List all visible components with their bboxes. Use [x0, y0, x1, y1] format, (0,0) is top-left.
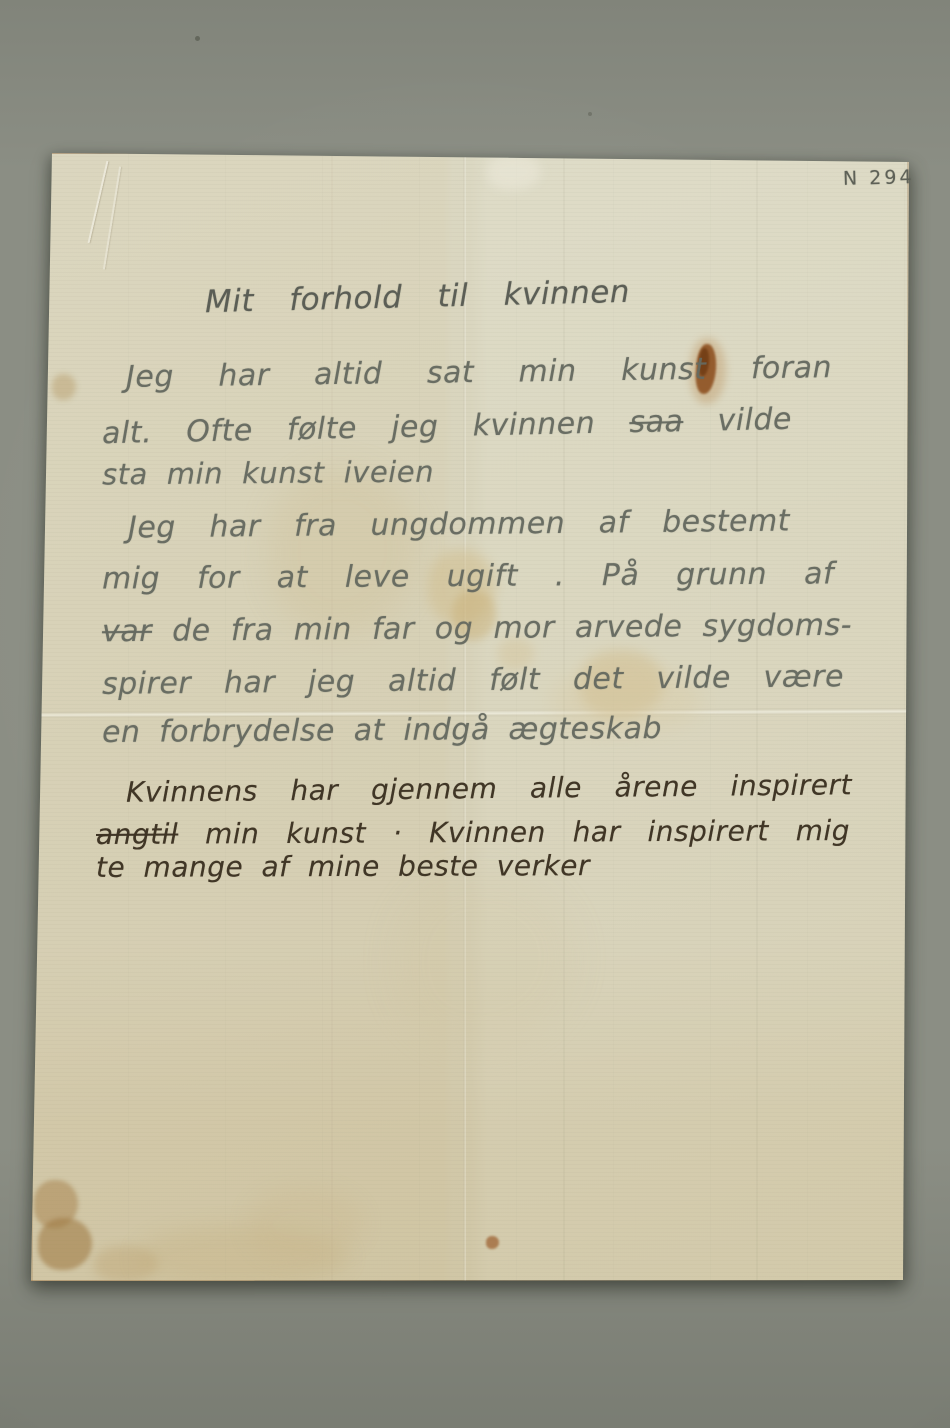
stain	[395, 875, 575, 1045]
chain-line	[563, 152, 565, 1282]
manuscript-paper	[31, 152, 909, 1282]
corner-crease	[103, 166, 121, 269]
stain	[428, 550, 496, 624]
stain	[580, 650, 664, 718]
corner-crease	[88, 161, 109, 243]
backdrop-speck	[195, 36, 200, 41]
stain	[52, 374, 76, 400]
paper-tone-overlay	[31, 152, 909, 1282]
stain	[248, 1188, 363, 1260]
stain	[94, 1246, 158, 1282]
stain	[552, 668, 702, 732]
stain	[694, 343, 717, 394]
stain	[486, 1236, 499, 1249]
stain	[268, 468, 418, 633]
paper-texture	[31, 152, 909, 1282]
manuscript-paper-wrapper	[31, 152, 909, 1282]
fold-crease-vertical	[463, 152, 466, 1282]
stain	[698, 348, 710, 377]
chain-line	[756, 152, 758, 1282]
chain-line	[331, 152, 333, 1282]
stain	[452, 590, 496, 640]
stain	[690, 338, 726, 404]
stain	[487, 154, 541, 190]
fold-crease-horizontal	[31, 708, 909, 718]
backdrop-speck	[588, 112, 592, 116]
stain	[498, 638, 534, 670]
stain	[38, 1218, 92, 1270]
stain	[138, 1226, 348, 1288]
archive-number-label: N 294	[843, 166, 915, 190]
stain	[34, 1180, 78, 1228]
photograph-of-manuscript: { "document": { "archive_label": "N 294"…	[0, 0, 950, 1428]
